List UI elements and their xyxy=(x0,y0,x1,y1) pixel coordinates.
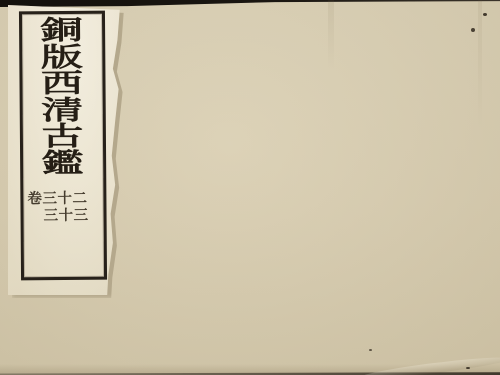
seal-script-title: 銅 版 西 清 古 鑑 xyxy=(22,17,103,177)
cover-streak xyxy=(328,0,334,70)
stain-speck xyxy=(466,367,470,369)
title-char: 清 xyxy=(23,96,103,123)
stain-speck xyxy=(369,349,372,351)
book-cover-scan: 銅 版 西 清 古 鑑 卷三十二 三十三 xyxy=(0,0,500,375)
stain-speck xyxy=(471,28,475,32)
title-slip-frame: 銅 版 西 清 古 鑑 卷三十二 三十三 xyxy=(19,11,107,281)
volume-label: 卷三十二 三十三 xyxy=(27,191,107,225)
title-char: 版 xyxy=(22,43,102,70)
cover-streak xyxy=(478,0,482,130)
volume-line-1: 卷三十二 xyxy=(27,191,107,208)
stain-speck xyxy=(483,13,487,16)
title-char: 西 xyxy=(22,70,102,97)
top-scan-bar xyxy=(0,0,500,7)
title-char: 銅 xyxy=(22,17,102,44)
volume-line-2: 三十三 xyxy=(43,207,107,224)
title-char: 鑑 xyxy=(23,149,103,176)
title-char: 古 xyxy=(23,123,103,150)
